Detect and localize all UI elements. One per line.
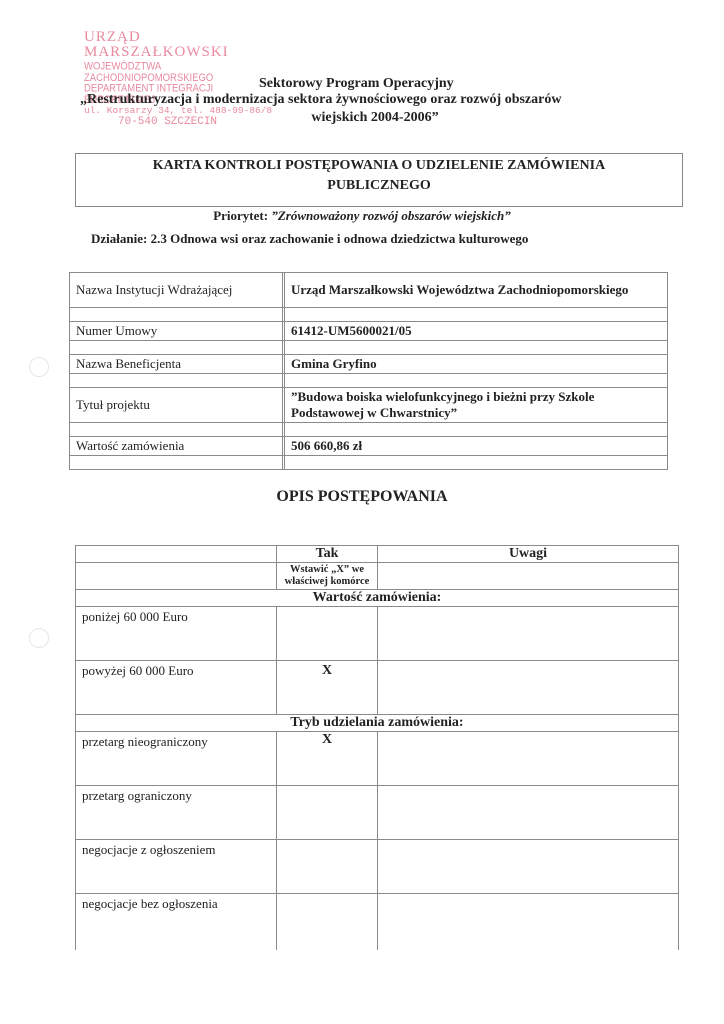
program-subtitle: „Restrukturyzacja i modernizacja sektora…: [80, 92, 720, 108]
table-row: powyżej 60 000 Euro X: [76, 661, 679, 715]
table-subheader-row: Wstawić „X” we właściwej komórce: [76, 563, 679, 590]
group-header-row: Wartość zamówienia:: [76, 590, 679, 607]
info-value: Urząd Marszałkowski Województwa Zachodni…: [285, 273, 668, 308]
program-name: Sektorowy Program Operacyjny: [259, 76, 454, 92]
info-label: Tytuł projektu: [70, 388, 283, 423]
document-title-line: KARTA KONTROLI POSTĘPOWANIA O UDZIELENIE…: [76, 157, 682, 174]
row-notes-cell[interactable]: [378, 840, 679, 894]
column-instruction: Wstawić „X” we właściwej komórce: [277, 563, 378, 590]
table-row: przetarg nieograniczony X: [76, 732, 679, 786]
action-label: Działanie:: [91, 231, 147, 246]
row-label: poniżej 60 000 Euro: [76, 607, 277, 661]
info-value: ”Budowa boiska wielofunkcyjnego i bieżni…: [285, 388, 668, 423]
table-row: Nazwa Instytucji Wdrażającej Urząd Marsz…: [70, 273, 668, 308]
table-row: przetarg ograniczony: [76, 786, 679, 840]
group-header-row: Tryb udzielania zamówienia:: [76, 715, 679, 732]
table-row: Nazwa Beneficjenta Gmina Gryfino: [70, 355, 668, 374]
binder-hole-top: [29, 357, 49, 377]
binder-hole-bottom: [29, 628, 49, 648]
row-notes-cell[interactable]: [378, 661, 679, 715]
row-label: przetarg ograniczony: [76, 786, 277, 840]
table-row: poniżej 60 000 Euro: [76, 607, 679, 661]
info-value: 506 660,86 zł: [285, 437, 668, 456]
procedure-table: Tak Uwagi Wstawić „X” we właściwej komór…: [75, 545, 679, 950]
action-value: 2.3 Odnowa wsi oraz zachowanie i odnowa …: [151, 231, 529, 246]
row-notes-cell[interactable]: [378, 732, 679, 786]
info-label: Numer Umowy: [70, 322, 283, 341]
info-value: Gmina Gryfino: [285, 355, 668, 374]
stamp-line: URZĄD MARSZAŁKOWSKI: [84, 30, 284, 60]
row-checkbox-cell[interactable]: [277, 840, 378, 894]
priority: Priorytet: ”Zrównoważony rozwój obszarów…: [0, 208, 724, 224]
table-header-row: Tak Uwagi: [76, 546, 679, 563]
priority-value: ”Zrównoważony rozwój obszarów wiejskich”: [271, 208, 510, 223]
stamp-line: WOJEWÓDZTWA ZACHODNIOPOMORSKIEGO: [84, 62, 284, 84]
row-checkbox-cell[interactable]: X: [277, 732, 378, 786]
row-label: negocjacje z ogłoszeniem: [76, 840, 277, 894]
table-row: Numer Umowy 61412-UM5600021/05: [70, 322, 668, 341]
info-value: 61412-UM5600021/05: [285, 322, 668, 341]
project-info-table: Nazwa Instytucji Wdrażającej Urząd Marsz…: [69, 272, 668, 470]
table-row: Tytuł projektu ”Budowa boiska wielofunkc…: [70, 388, 668, 423]
info-label: Wartość zamówienia: [70, 437, 283, 456]
row-checkbox-cell[interactable]: [277, 786, 378, 840]
column-header-yes: Tak: [277, 546, 378, 563]
info-label: Nazwa Beneficjenta: [70, 355, 283, 374]
table-row: negocjacje bez ogłoszenia: [76, 894, 679, 951]
table-row: negocjacje z ogłoszeniem: [76, 840, 679, 894]
table-row: Wartość zamówienia 506 660,86 zł: [70, 437, 668, 456]
priority-label: Priorytet:: [213, 208, 268, 223]
action: Działanie: 2.3 Odnowa wsi oraz zachowani…: [91, 231, 528, 247]
info-label: Nazwa Instytucji Wdrażającej: [70, 273, 283, 308]
row-notes-cell[interactable]: [378, 786, 679, 840]
column-header-notes: Uwagi: [378, 546, 679, 563]
row-label: negocjacje bez ogłoszenia: [76, 894, 277, 951]
row-checkbox-cell[interactable]: [277, 894, 378, 951]
row-label: przetarg nieograniczony: [76, 732, 277, 786]
section-title: OPIS POSTĘPOWANIA: [0, 488, 724, 506]
group-title: Tryb udzielania zamówienia:: [76, 715, 679, 732]
row-notes-cell[interactable]: [378, 894, 679, 951]
document-title-line: PUBLICZNEGO: [76, 177, 682, 194]
row-checkbox-cell[interactable]: X: [277, 661, 378, 715]
group-title: Wartość zamówienia:: [76, 590, 679, 607]
row-notes-cell[interactable]: [378, 607, 679, 661]
program-years: wiejskich 2004-2006”: [240, 110, 510, 126]
row-label: powyżej 60 000 Euro: [76, 661, 277, 715]
row-checkbox-cell[interactable]: [277, 607, 378, 661]
document-title-box: KARTA KONTROLI POSTĘPOWANIA O UDZIELENIE…: [75, 153, 683, 207]
